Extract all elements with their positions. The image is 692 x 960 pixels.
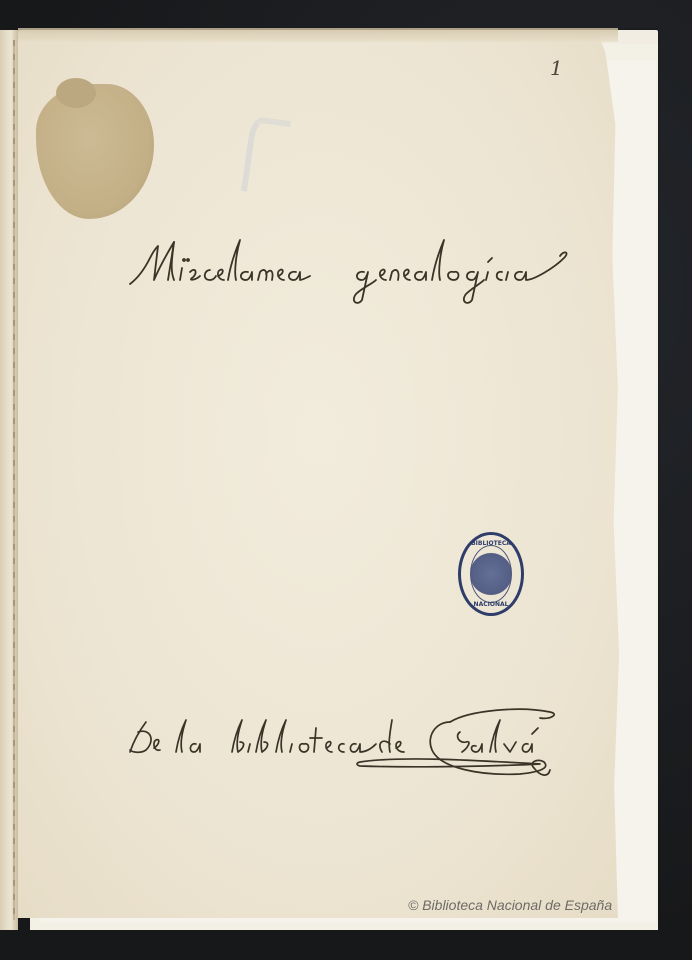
library-stamp: BIBLIOTECA NACIONAL — [458, 532, 524, 616]
stamp-top-text: BIBLIOTECA — [461, 540, 521, 547]
stamp-bottom-text: NACIONAL — [461, 601, 521, 608]
page-top-edge — [18, 28, 618, 42]
binding-stitch-line — [13, 40, 15, 920]
copyright-watermark: © Biblioteca Nacional de España — [408, 897, 612, 913]
water-stain-edge — [56, 78, 96, 108]
binding-gutter — [0, 30, 18, 930]
folio-number: 1 — [550, 56, 563, 80]
handwritten-provenance-note — [120, 692, 590, 792]
